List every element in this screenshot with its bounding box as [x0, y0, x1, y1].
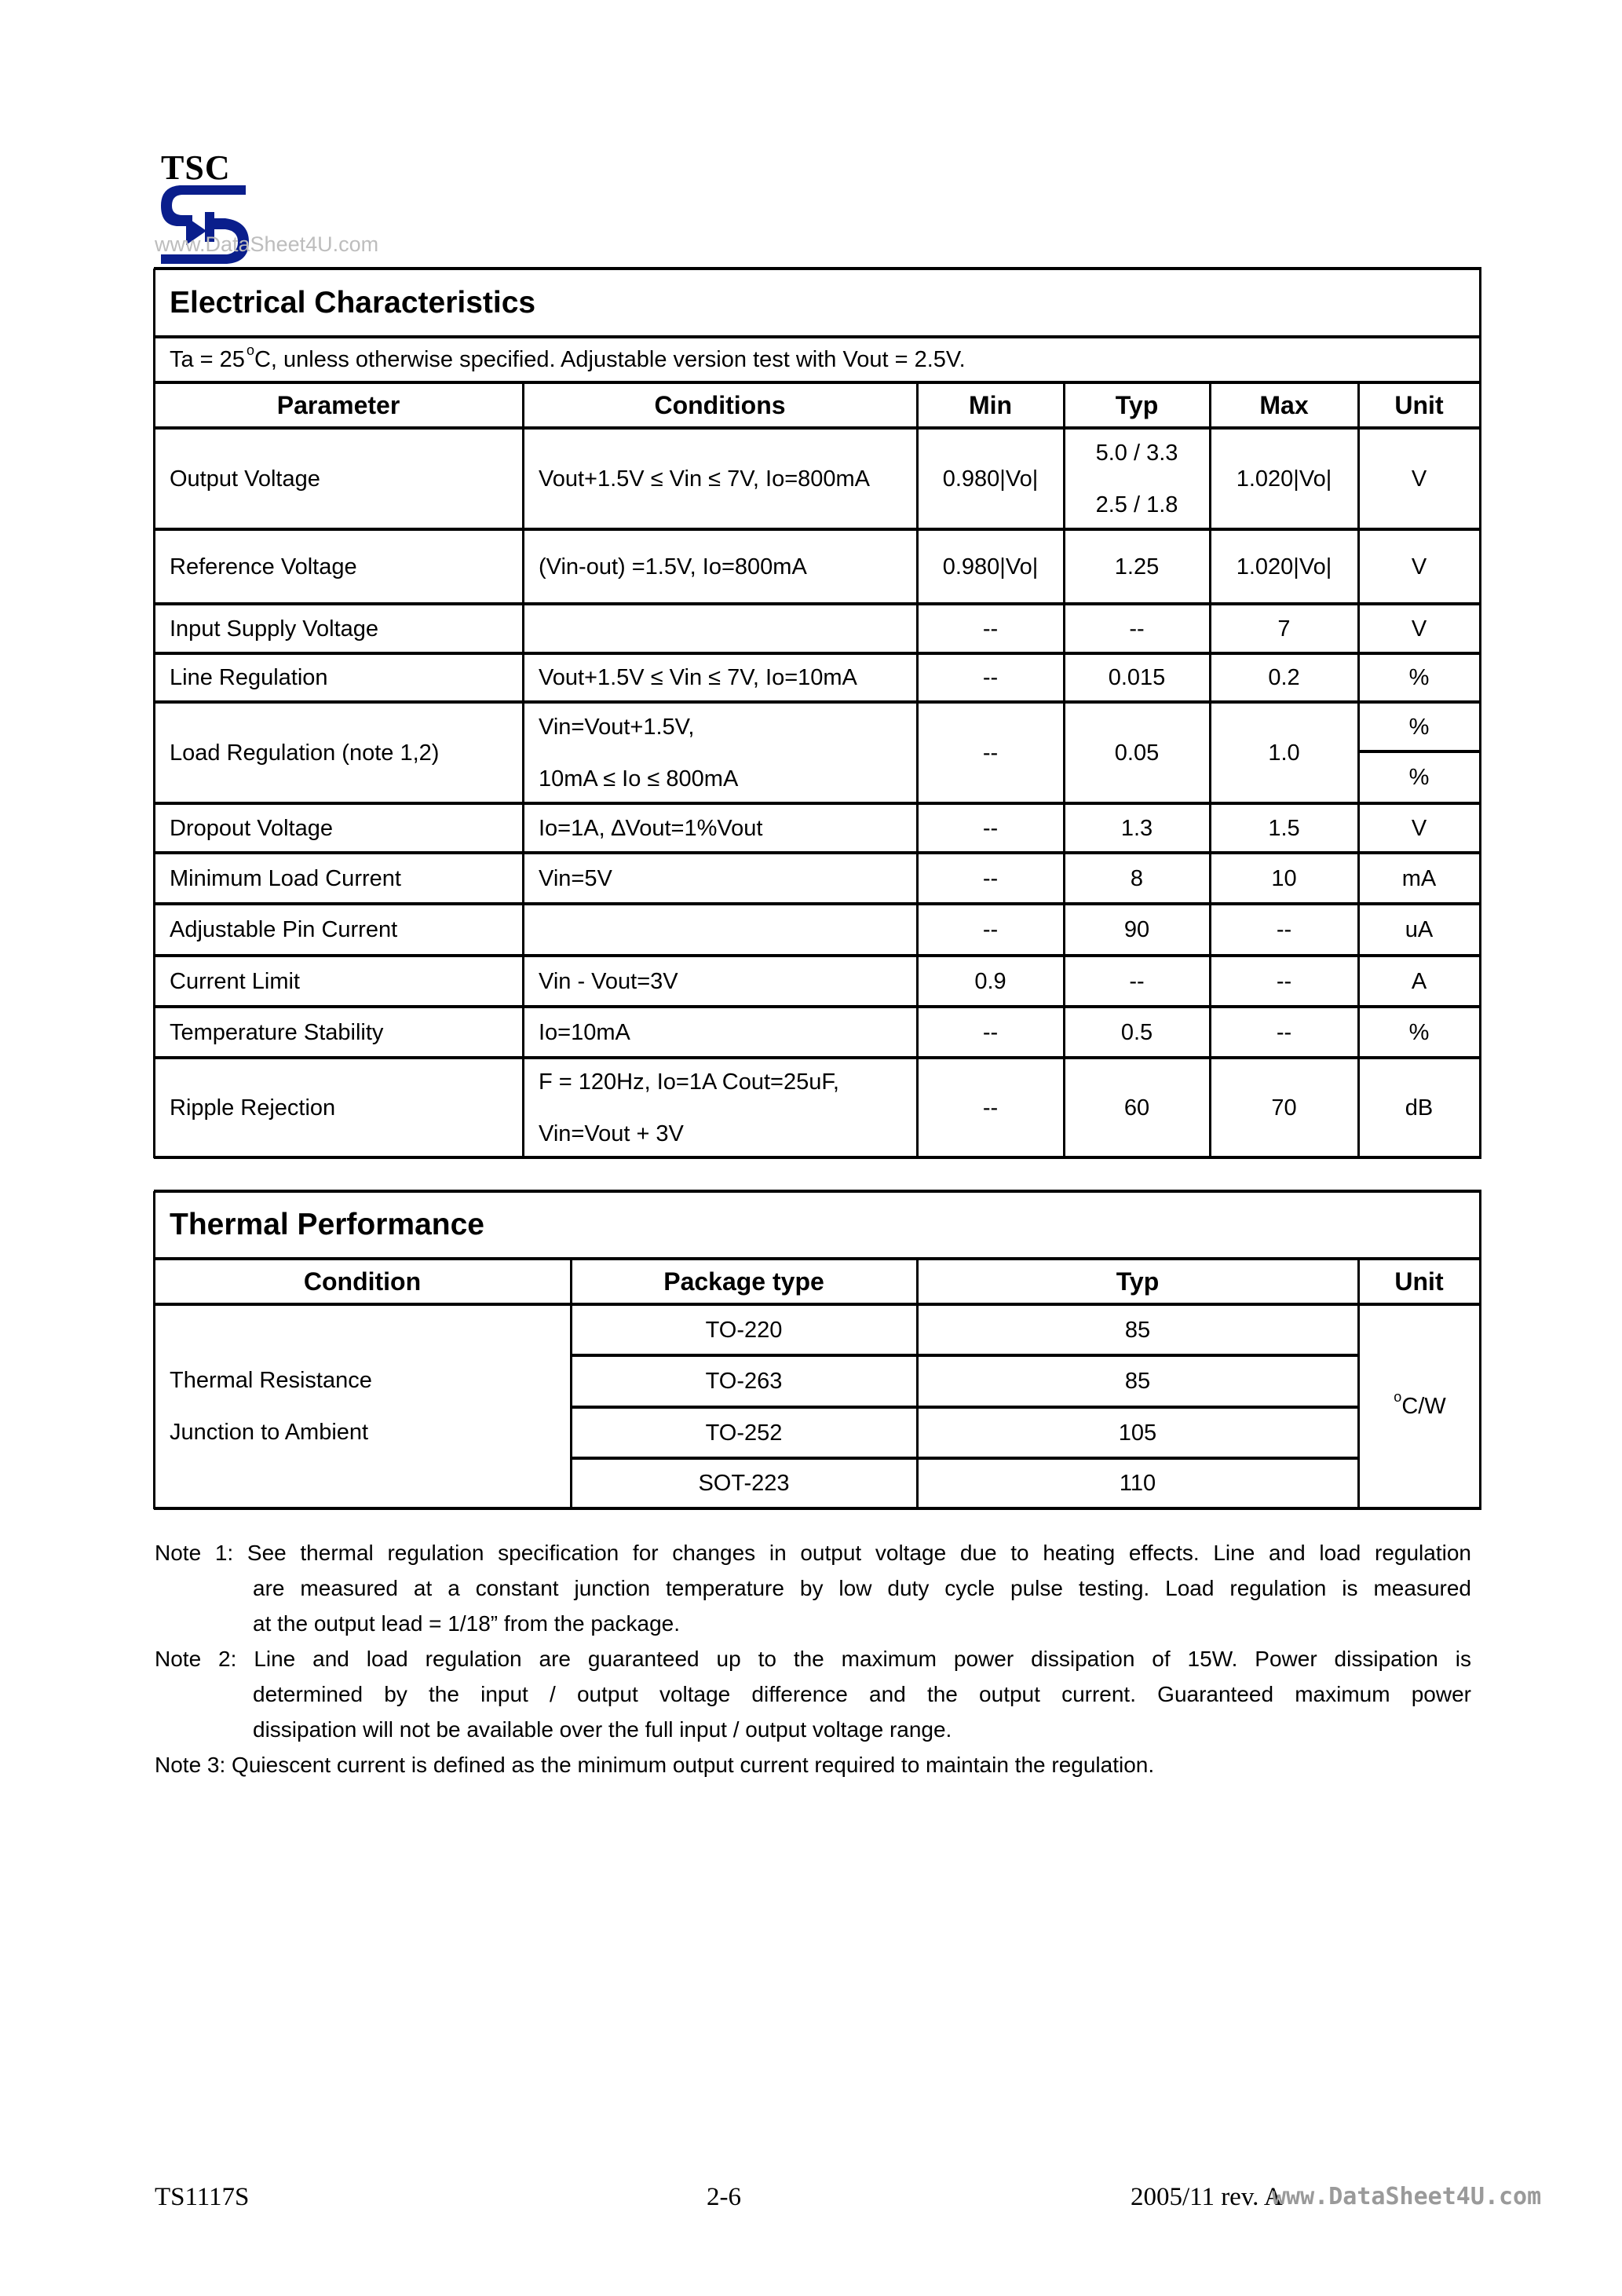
watermark-top[interactable]: www.DataSheet4U.com — [155, 232, 378, 256]
note-text: o — [247, 337, 254, 364]
notes-section: Note 1: See thermal regulation specifica… — [155, 1535, 1471, 1782]
test-conditions-note: Ta = 25 oC, unless otherwise specified. … — [154, 337, 1480, 382]
unit-text: o — [1394, 1384, 1401, 1410]
section-title: Thermal Performance — [154, 1191, 1480, 1259]
row-parameter: Minimum Load Current — [154, 853, 523, 904]
row-unit: dB — [1358, 1058, 1480, 1157]
row-typ: -- — [1064, 604, 1210, 653]
unit-text: C/W — [1401, 1393, 1445, 1420]
row-max: -- — [1210, 956, 1358, 1007]
column-header: Conditions — [523, 382, 917, 428]
table-rule — [153, 1191, 155, 1509]
row-min: -- — [917, 604, 1064, 653]
row-min: -- — [917, 653, 1064, 702]
row-unit: % — [1358, 751, 1480, 803]
note-line: determined by the input / output voltage… — [155, 1676, 1471, 1712]
row-conditions: Io=1A, ∆Vout=1%Vout — [523, 803, 917, 853]
row-conditions: Vin=Vout+1.5V,10mA ≤ Io ≤ 800mA — [523, 702, 917, 803]
column-header: Max — [1210, 382, 1358, 428]
table-rule — [1357, 382, 1360, 1157]
row-max: -- — [1210, 1007, 1358, 1058]
footer-revision: 2005/11 rev. A — [1131, 2183, 1283, 2212]
column-header: Typ — [1064, 382, 1210, 428]
row-max: 7 — [1210, 604, 1358, 653]
column-header: Package type — [571, 1259, 917, 1304]
company-logo-text: TSC — [161, 151, 231, 185]
row-typ: 110 — [917, 1458, 1358, 1508]
row-max: 70 — [1210, 1058, 1358, 1157]
row-max: 10 — [1210, 853, 1358, 904]
row-typ: 8 — [1064, 853, 1210, 904]
cell-line: Vin=Vout + 3V — [539, 1121, 839, 1147]
row-package: TO-252 — [571, 1407, 917, 1458]
table-rule — [916, 1259, 919, 1508]
note-line: are measured at a constant junction temp… — [155, 1570, 1471, 1606]
cell-line: 5.0 / 3.3 — [1096, 440, 1178, 466]
row-unit: V — [1358, 803, 1480, 853]
table-rule — [1209, 382, 1211, 1157]
footer-page-number: 2-6 — [707, 2183, 741, 2212]
row-max: 1.0 — [1210, 702, 1358, 803]
row-package: SOT-223 — [571, 1458, 917, 1508]
row-parameter: Load Regulation (note 1,2) — [154, 702, 523, 803]
row-parameter: Ripple Rejection — [154, 1058, 523, 1157]
column-header: Typ — [917, 1259, 1358, 1304]
row-min: -- — [917, 1007, 1064, 1058]
table-rule — [154, 1190, 1481, 1193]
table-rule — [154, 426, 1481, 430]
column-header: Unit — [1358, 382, 1480, 428]
table-rule — [154, 381, 1481, 384]
cell-line: 2.5 / 1.8 — [1096, 492, 1178, 518]
row-conditions: Vout+1.5V ≤ Vin ≤ 7V, Io=800mA — [523, 428, 917, 529]
row-typ: 85 — [917, 1355, 1358, 1407]
table-rule — [522, 382, 524, 1157]
row-min: 0.980|Vo| — [917, 428, 1064, 529]
row-unit: uA — [1358, 904, 1480, 956]
row-parameter: Line Regulation — [154, 653, 523, 702]
note-1: Note 1: See thermal regulation specifica… — [155, 1535, 1471, 1641]
note-text: C, unless otherwise specified. Adjustabl… — [254, 346, 966, 373]
cell-line: 10mA ≤ Io ≤ 800mA — [539, 766, 738, 792]
row-typ: 1.25 — [1064, 529, 1210, 604]
table-rule — [154, 267, 1481, 270]
row-conditions — [523, 604, 917, 653]
row-min: -- — [917, 702, 1064, 803]
row-parameter: Current Limit — [154, 956, 523, 1007]
thermal-unit: oC/W — [1358, 1304, 1480, 1508]
note-2: Note 2: Line and load regulation are gua… — [155, 1641, 1471, 1747]
cell-line: Vin=Vout+1.5V, — [539, 714, 738, 740]
row-typ: 105 — [917, 1407, 1358, 1458]
table-rule — [1063, 382, 1065, 1157]
row-min: -- — [917, 803, 1064, 853]
note-text: Ta = 25 — [170, 346, 245, 373]
row-min: 0.9 — [917, 956, 1064, 1007]
row-typ: 0.05 — [1064, 702, 1210, 803]
note-line: Note 2: Line and load regulation are gua… — [155, 1641, 1471, 1676]
note-line: dissipation will not be available over t… — [155, 1712, 1471, 1747]
row-conditions: F = 120Hz, Io=1A Cout=25uF,Vin=Vout + 3V — [523, 1058, 917, 1157]
row-typ: 60 — [1064, 1058, 1210, 1157]
row-max: 1.020|Vo| — [1210, 529, 1358, 604]
table-rule — [154, 1507, 1481, 1510]
note-3: Note 3: Quiescent current is defined as … — [155, 1747, 1471, 1782]
note-line: Note 3: Quiescent current is defined as … — [155, 1747, 1471, 1782]
table-rule — [153, 269, 155, 1158]
note-line: at the output lead = 1/18” from the pack… — [155, 1606, 1471, 1641]
note-line: Note 1: See thermal regulation specifica… — [155, 1535, 1471, 1570]
column-header: Unit — [1358, 1259, 1480, 1304]
table-rule — [154, 1303, 1481, 1306]
table-rule — [1358, 750, 1481, 753]
table-rule — [916, 382, 919, 1157]
row-unit: % — [1358, 1007, 1480, 1058]
row-conditions: (Vin-out) =1.5V, Io=800mA — [523, 529, 917, 604]
row-min: -- — [917, 853, 1064, 904]
row-unit: mA — [1358, 853, 1480, 904]
row-conditions — [523, 904, 917, 956]
table-rule — [154, 1156, 1481, 1159]
row-unit: V — [1358, 428, 1480, 529]
row-max: -- — [1210, 904, 1358, 956]
row-max: 1.020|Vo| — [1210, 428, 1358, 529]
row-min: -- — [917, 1058, 1064, 1157]
column-header: Min — [917, 382, 1064, 428]
row-parameter: Temperature Stability — [154, 1007, 523, 1058]
cell-line: Junction to Ambient — [170, 1419, 372, 1446]
table-rule — [1479, 269, 1481, 1158]
row-conditions: Vin=5V — [523, 853, 917, 904]
row-parameter: Adjustable Pin Current — [154, 904, 523, 956]
row-max: 1.5 — [1210, 803, 1358, 853]
row-conditions: Io=10mA — [523, 1007, 917, 1058]
row-parameter: Dropout Voltage — [154, 803, 523, 853]
cell-line: F = 120Hz, Io=1A Cout=25uF, — [539, 1069, 839, 1095]
row-unit: % — [1358, 653, 1480, 702]
thermal-condition: Thermal ResistanceJunction to Ambient — [154, 1304, 571, 1508]
row-typ: 0.015 — [1064, 653, 1210, 702]
row-min: -- — [917, 904, 1064, 956]
column-header: Parameter — [154, 382, 523, 428]
row-min: 0.980|Vo| — [917, 529, 1064, 604]
column-header: Condition — [154, 1259, 571, 1304]
row-max: 0.2 — [1210, 653, 1358, 702]
row-parameter: Input Supply Voltage — [154, 604, 523, 653]
table-rule — [154, 335, 1481, 338]
row-package: TO-263 — [571, 1355, 917, 1407]
row-typ: 5.0 / 3.32.5 / 1.8 — [1064, 428, 1210, 529]
row-typ: 1.3 — [1064, 803, 1210, 853]
row-conditions: Vout+1.5V ≤ Vin ≤ 7V, Io=10mA — [523, 653, 917, 702]
row-typ: 85 — [917, 1304, 1358, 1355]
row-typ: 0.5 — [1064, 1007, 1210, 1058]
row-typ: 90 — [1064, 904, 1210, 956]
row-conditions: Vin - Vout=3V — [523, 956, 917, 1007]
watermark-footer[interactable]: www.DataSheet4U.com — [1272, 2183, 1541, 2210]
row-unit: V — [1358, 604, 1480, 653]
table-rule — [1479, 1191, 1481, 1509]
row-unit: V — [1358, 529, 1480, 604]
table-rule — [570, 1259, 572, 1508]
footer-part-number: TS1117S — [155, 2183, 249, 2212]
row-typ: -- — [1064, 956, 1210, 1007]
section-title: Electrical Characteristics — [154, 269, 1480, 337]
row-unit: A — [1358, 956, 1480, 1007]
table-rule — [1357, 1259, 1360, 1508]
row-parameter: Output Voltage — [154, 428, 523, 529]
row-parameter: Reference Voltage — [154, 529, 523, 604]
row-package: TO-220 — [571, 1304, 917, 1355]
cell-line: Thermal Resistance — [170, 1367, 372, 1394]
row-unit: % — [1358, 702, 1480, 751]
table-rule — [154, 1257, 1481, 1260]
